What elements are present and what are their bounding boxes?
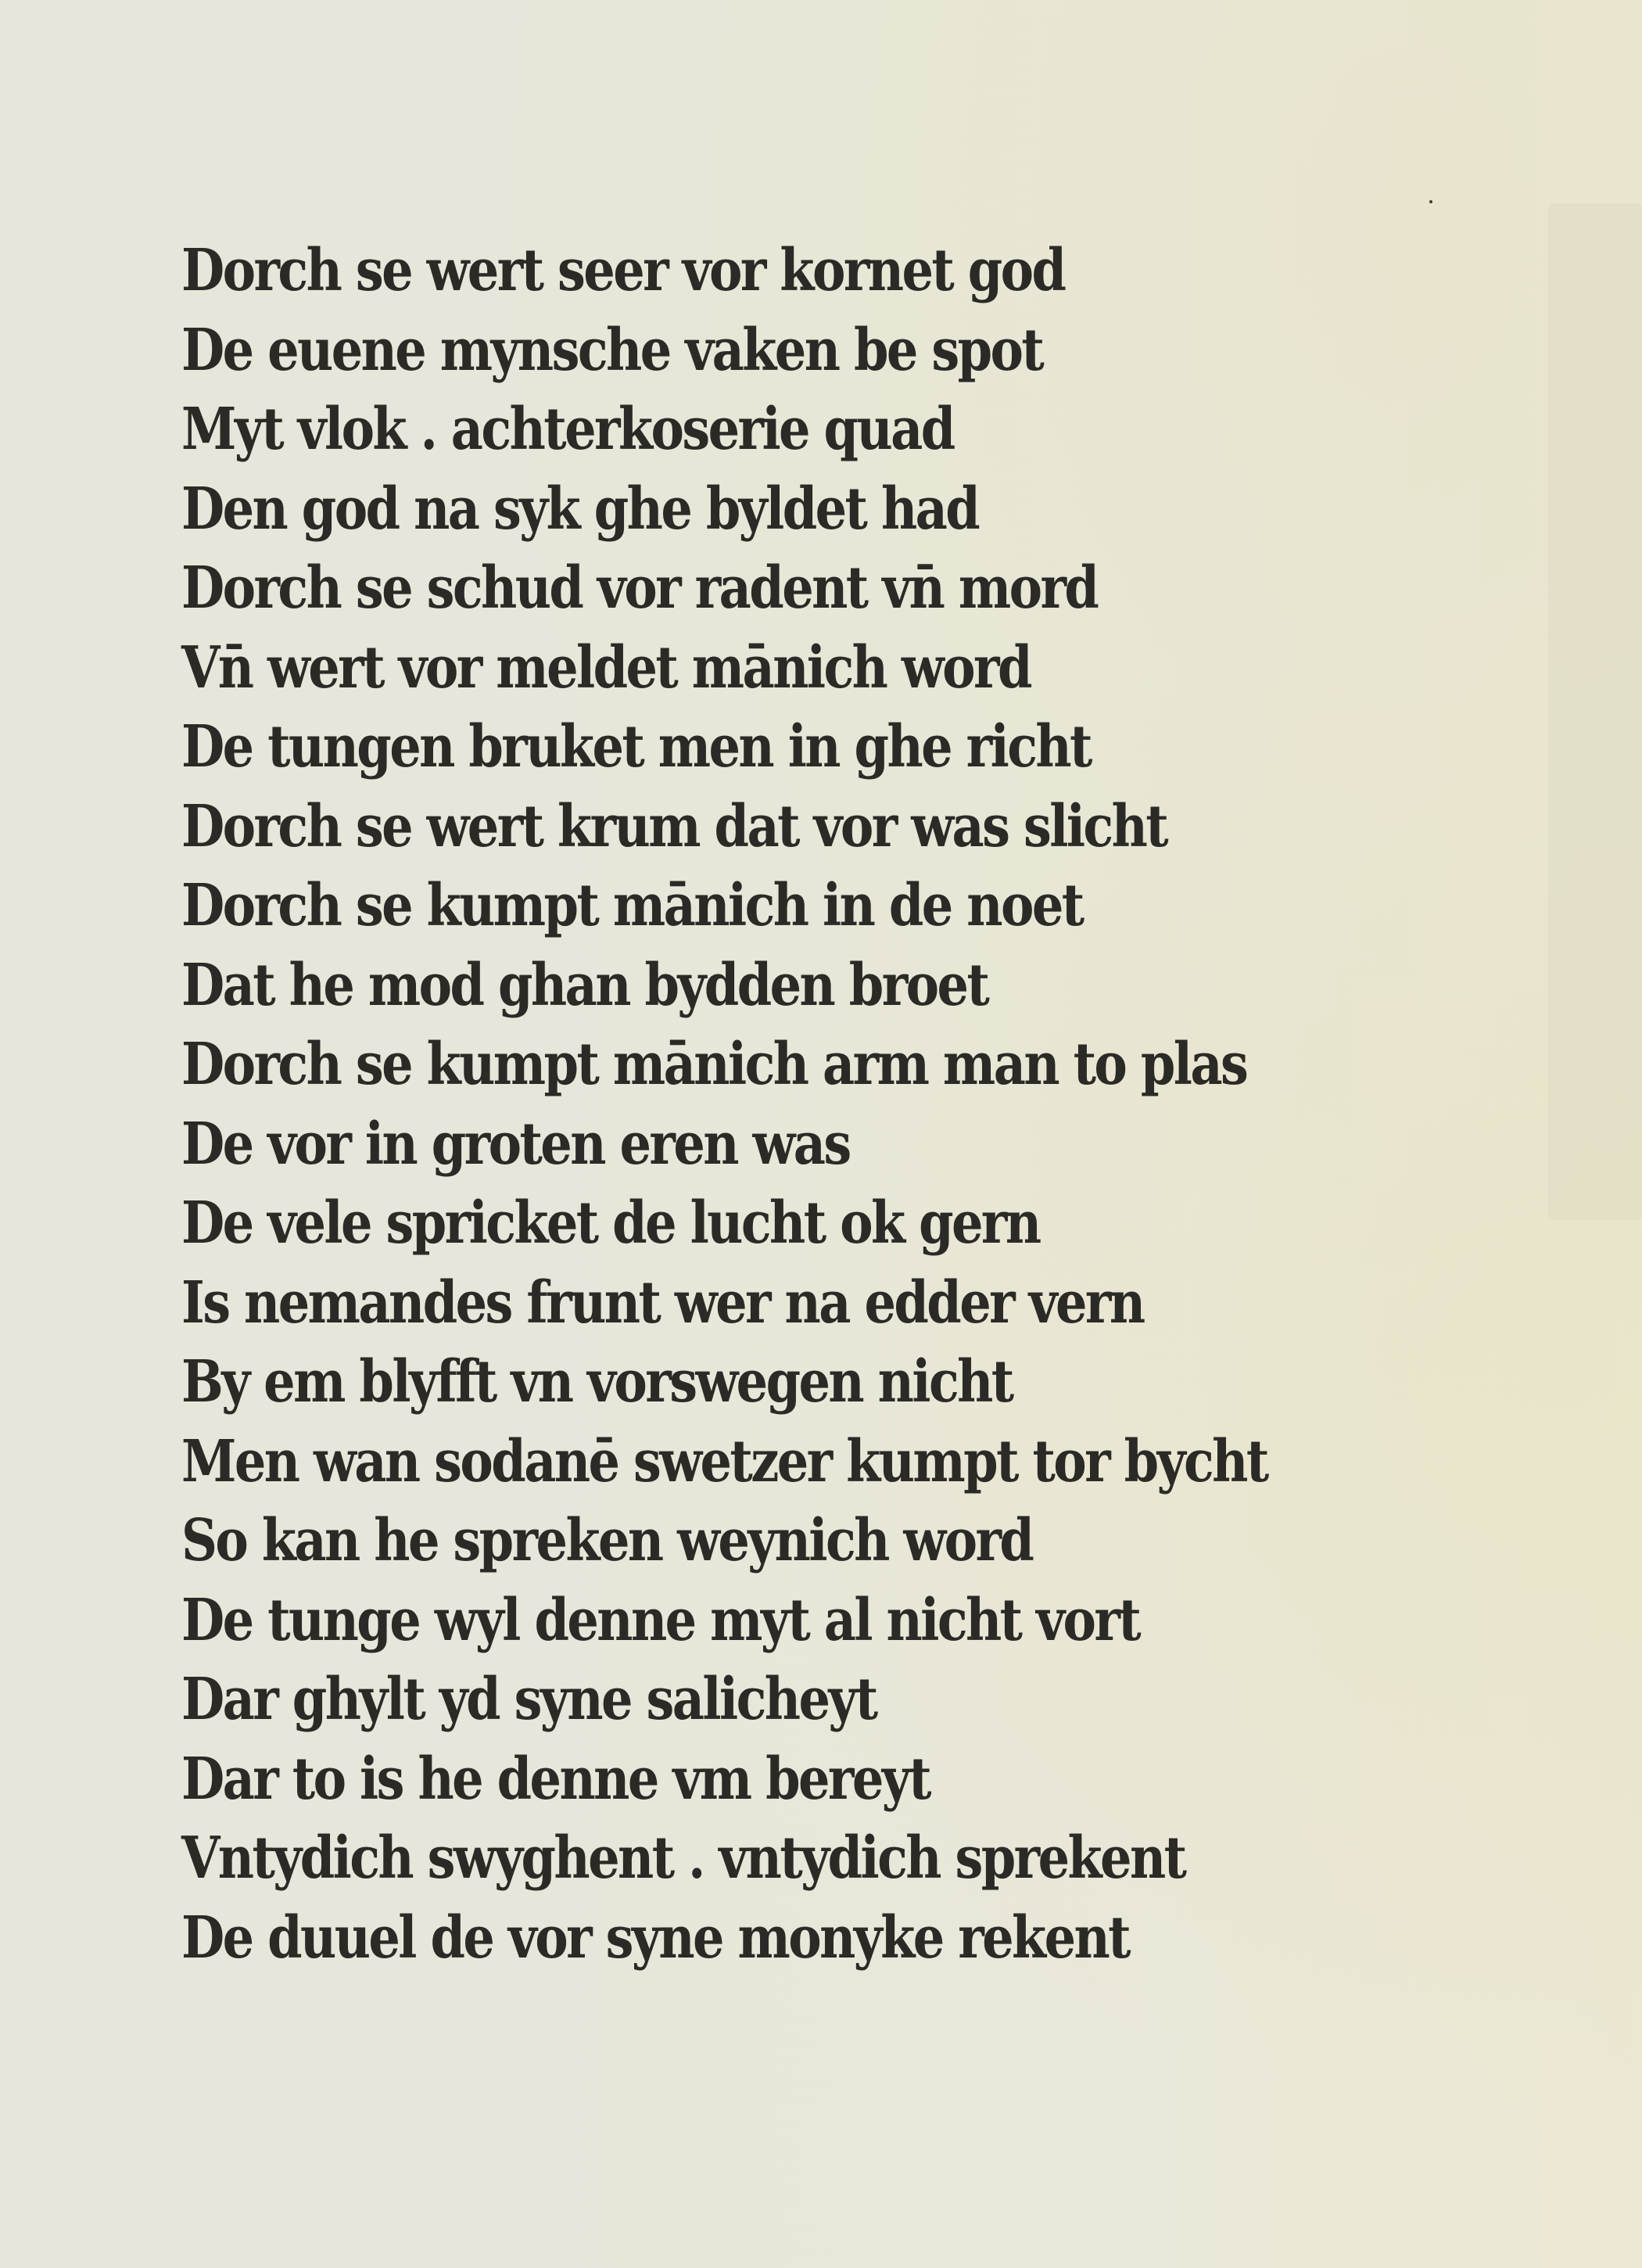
- verse-line: Dat he mod ghan bydden broet: [181, 946, 1392, 1026]
- verse-line: De tungen bruket men in ghe richt: [181, 708, 1392, 788]
- verse-line: Dorch se wert krum dat vor was slicht: [181, 788, 1392, 867]
- verse-line: De vor in groten eren was: [181, 1105, 1392, 1185]
- verse-line: Dorch se kumpt mānich in de noet: [181, 867, 1392, 946]
- verse-line: Myt vlok . achterkoserie quad: [181, 390, 1392, 470]
- verse-block: Dorch se wert seer vor kornet god De eue…: [181, 231, 1589, 1978]
- verse-line: Dorch se wert seer vor kornet god: [181, 231, 1392, 311]
- verse-line: Men wan sodanē swetzer kumpt tor bycht: [181, 1423, 1392, 1502]
- verse-line: Dorch se schud vor radent vn̄ mord: [181, 549, 1392, 629]
- verse-line: Dar to is he denne vm bereyt: [181, 1740, 1392, 1820]
- verse-line: De tunge wyl denne myt al nicht vort: [181, 1581, 1392, 1661]
- verse-line: De vele spricket de lucht ok gern: [181, 1184, 1392, 1264]
- scanned-page: Dorch se wert seer vor kornet god De eue…: [0, 0, 1642, 2268]
- verse-line: By em blyfft vn vorswegen nicht: [181, 1343, 1392, 1423]
- verse-line: Vn̄ wert vor meldet mānich word: [181, 629, 1392, 709]
- verse-line: De duuel de vor syne monyke rekent: [181, 1899, 1392, 1979]
- verse-line: De euene mynsche vaken be spot: [181, 311, 1392, 391]
- verse-line: Dar ghylt yd syne salicheyt: [181, 1660, 1392, 1740]
- verse-line: Is nemandes frunt wer na edder vern: [181, 1264, 1392, 1344]
- verse-line: Den god na syk ghe byldet had: [181, 470, 1392, 550]
- verse-line: So kan he spreken weynich word: [181, 1502, 1392, 1581]
- ink-speck: [1429, 200, 1432, 203]
- verse-line: Dorch se kumpt mānich arm man to plas: [181, 1025, 1392, 1105]
- verse-line: Vntydich swyghent . vntydich sprekent: [181, 1819, 1392, 1899]
